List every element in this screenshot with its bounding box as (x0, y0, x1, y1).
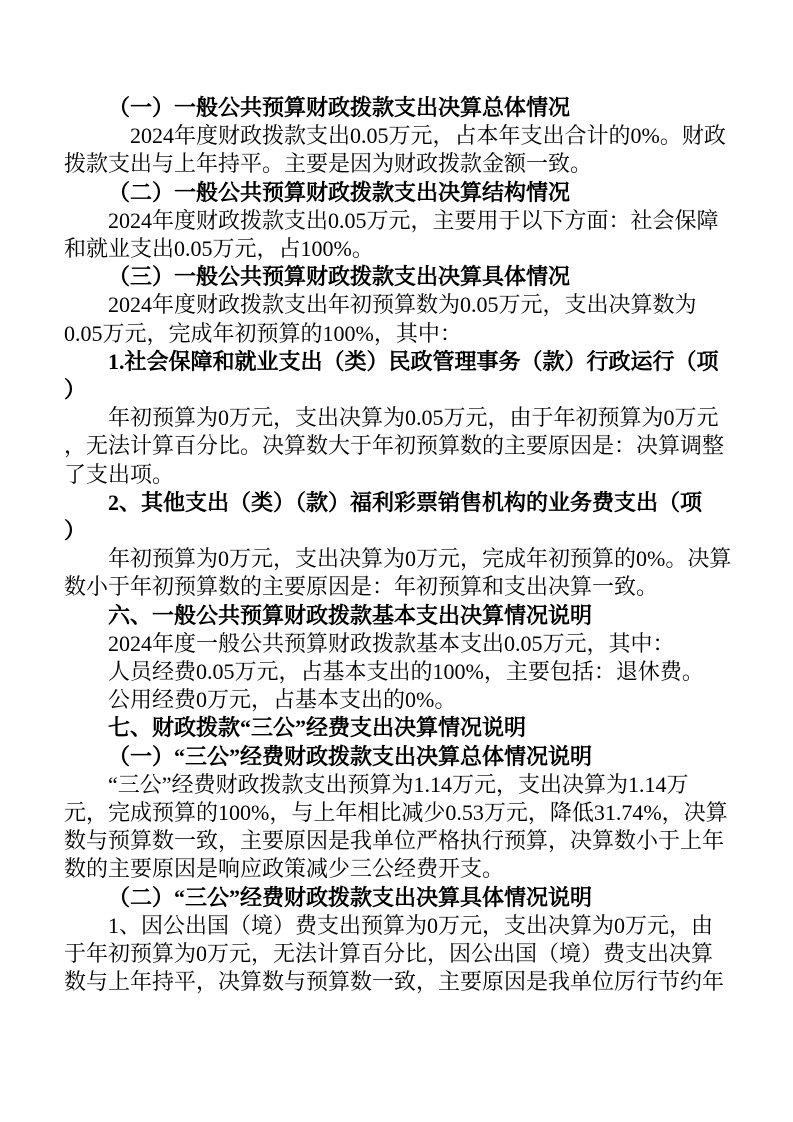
section-heading: 2、其他支出（类）（款）福利彩票销售机构的业务费支出（项 (64, 489, 776, 517)
document-page: （一）一般公共预算财政拨款支出决算总体情况 2024年度财政拨款支出0.05万元… (0, 0, 793, 1122)
paragraph-line: 元，完成预算的100%，与上年相比减少0.53万元，降低31.74%，决算 (64, 799, 776, 827)
paragraph-line: 1、因公出国（境）费支出预算为0万元，支出决算为0万元，由 (64, 912, 776, 940)
paragraph-line: 0.05万元，完成年初预算的100%，其中： (64, 320, 776, 348)
paragraph-line: 数与上年持平，决算数与预算数一致，主要原因是我单位厉行节约年 (64, 968, 776, 996)
section-heading: （二）一般公共预算财政拨款支出决算结构情况 (64, 179, 776, 207)
paragraph-line: 数与预算数一致，主要原因是我单位严格执行预算，决算数小于上年 (64, 827, 776, 855)
paragraph-line: 人员经费0.05万元，占基本支出的100%，主要包括：退休费。 (64, 658, 776, 686)
section-heading: （三）一般公共预算财政拨款支出决算具体情况 (64, 263, 776, 291)
paragraph-line: 和就业支出0.05万元，占100%。 (64, 235, 776, 263)
paragraph-line: 于年初预算为0万元，无法计算百分比，因公出国（境）费支出决算 (64, 940, 776, 968)
paragraph-line: 年初预算为0万元，支出决算为0.05万元，由于年初预算为0万元 (64, 404, 776, 432)
paragraph-line: 2024年度财政拨款支出年初预算数为0.05万元，支出决算数为 (64, 291, 776, 319)
paragraph-line: 年初预算为0万元，支出决算为0万元，完成年初预算的0%。决算 (64, 545, 776, 573)
paragraph-line: 数小于年初预算数的主要原因是：年初预算和支出决算一致。 (64, 573, 776, 601)
paragraph-line: 数的主要原因是响应政策减少三公经费开支。 (64, 855, 776, 883)
paragraph-line: “三公”经费财政拨款支出预算为1.14万元，支出决算为1.14万 (64, 771, 776, 799)
paragraph-line: 2024年度财政拨款支出0.05万元，占本年支出合计的0%。财政 (64, 122, 776, 150)
section-heading: （一）一般公共预算财政拨款支出决算总体情况 (64, 94, 776, 122)
section-heading: （二）“三公”经费财政拨款支出决算具体情况说明 (64, 884, 776, 912)
section-heading: 七、财政拨款“三公”经费支出决算情况说明 (64, 714, 776, 742)
section-heading: ） (64, 376, 776, 404)
paragraph-line: 了支出项。 (64, 461, 776, 489)
section-heading: 1.社会保障和就业支出（类）民政管理事务（款）行政运行（项 (64, 348, 776, 376)
section-heading: （一）“三公”经费财政拨款支出决算总体情况说明 (64, 743, 776, 771)
paragraph-line: 公用经费0万元，占基本支出的0%。 (64, 686, 776, 714)
section-heading: ） (64, 517, 776, 545)
paragraph-line: 拨款支出与上年持平。主要是因为财政拨款金额一致。 (64, 150, 776, 178)
paragraph-line: ，无法计算百分比。决算数大于年初预算数的主要原因是：决算调整 (64, 432, 776, 460)
paragraph-line: 2024年度财政拨款支出0.05万元，主要用于以下方面：社会保障 (64, 207, 776, 235)
document-content: （一）一般公共预算财政拨款支出决算总体情况 2024年度财政拨款支出0.05万元… (64, 94, 776, 997)
section-heading: 六、一般公共预算财政拨款基本支出决算情况说明 (64, 602, 776, 630)
paragraph-line: 2024年度一般公共预算财政拨款基本支出0.05万元，其中： (64, 630, 776, 658)
